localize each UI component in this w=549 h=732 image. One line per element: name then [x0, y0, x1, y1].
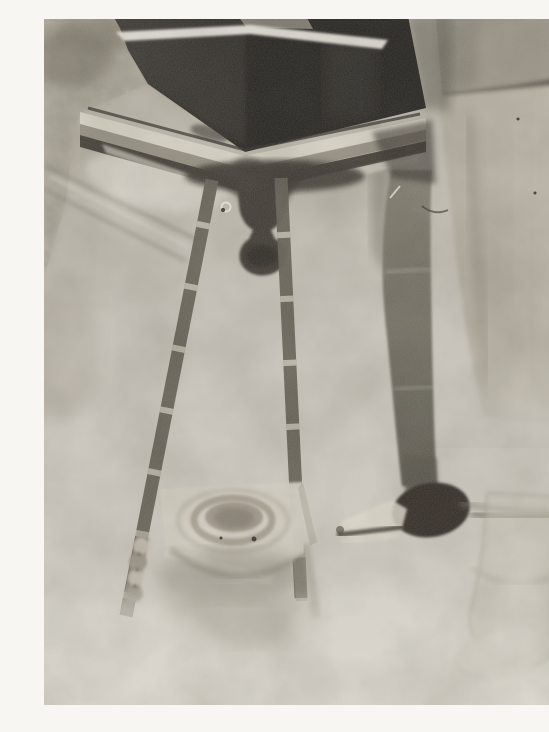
vintage-photo — [40, 16, 549, 716]
photo-content — [40, 16, 549, 716]
border-left — [40, 16, 44, 716]
border-bottom — [40, 705, 549, 716]
film-grain — [44, 19, 549, 705]
vintage-photo-frame — [40, 16, 549, 716]
border-top — [40, 16, 549, 19]
